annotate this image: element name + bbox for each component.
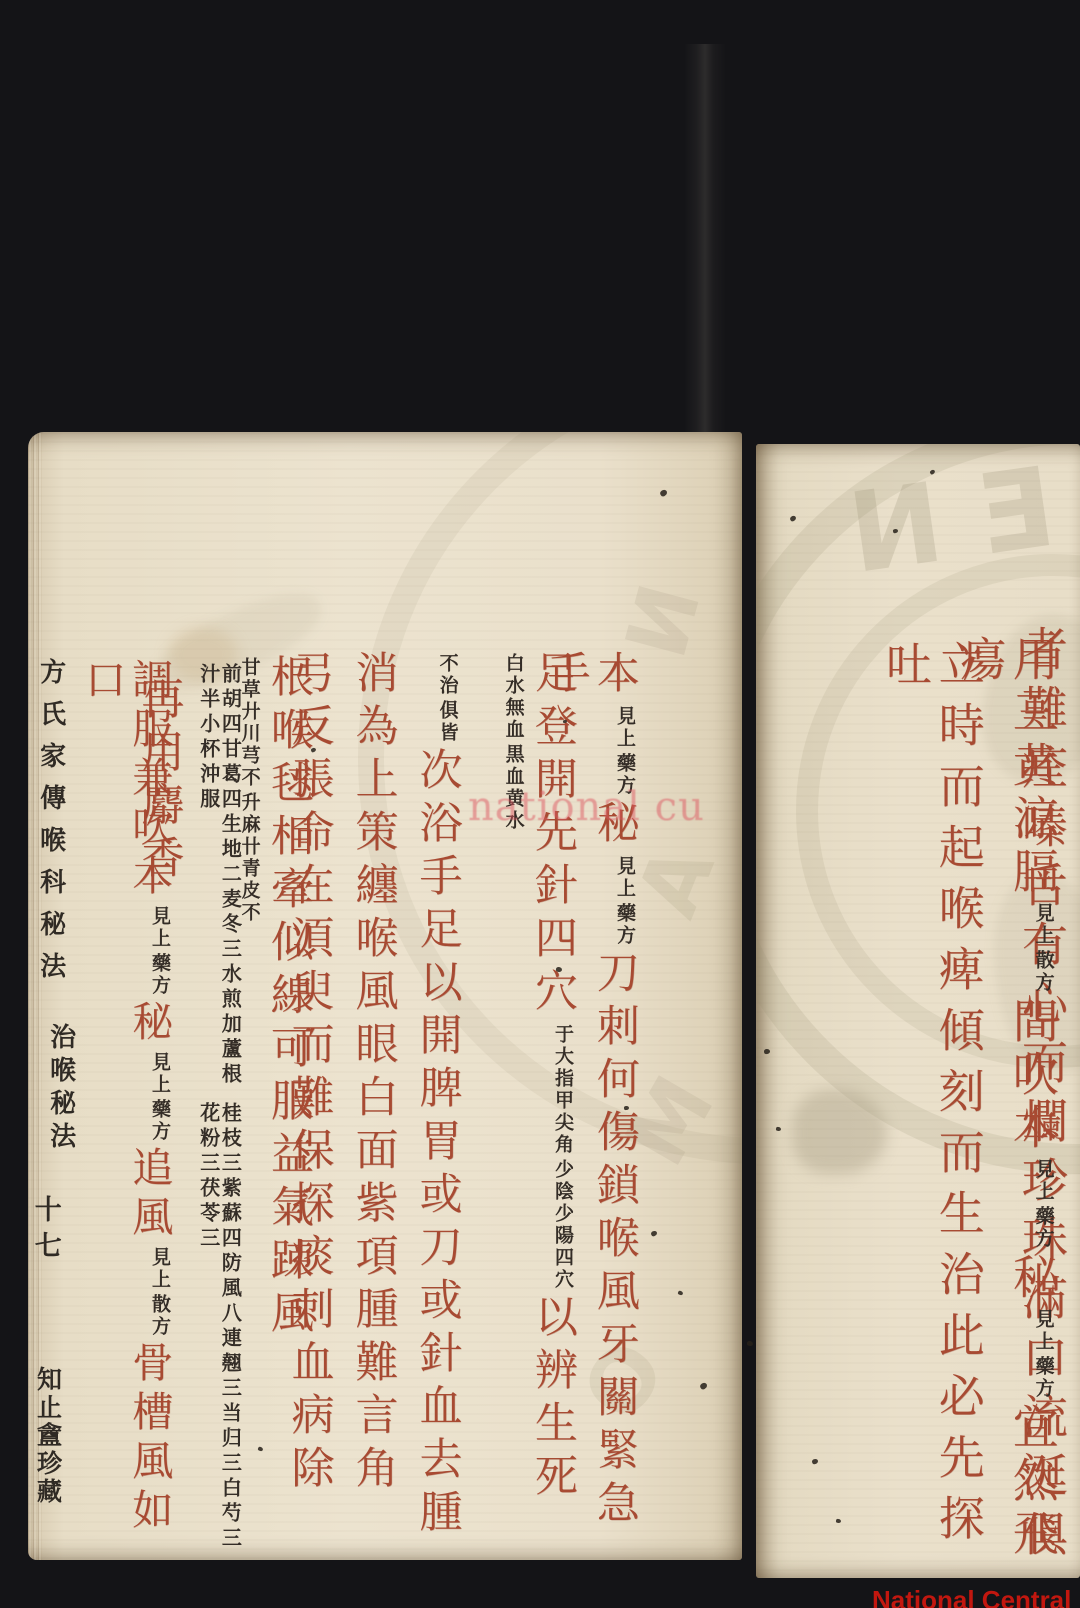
- annotation-note: 藥方見上: [148, 1052, 169, 1143]
- annotation-note: 藥方見上: [613, 856, 634, 947]
- book-title: 方氏家傳喉科秘法: [36, 658, 65, 994]
- annotation-note: 藥方見上: [613, 706, 634, 797]
- left-page: N A M O 本藥方見上秘藥方見上刀刺何傷鎖喉風牙關緊急手足登開先針四穴少陰少…: [28, 432, 742, 1560]
- annotation-note: 藥方見上: [1032, 1309, 1053, 1400]
- manuscript-photo: N A M O 本藥方見上秘藥方見上刀刺何傷鎖喉風牙關緊急手足登開先針四穴少陰少…: [0, 0, 1080, 1608]
- text-column: 足登開先針四穴少陰少陽四穴于大指甲尖角以辨生死黒血黄水白水無血: [478, 650, 577, 1560]
- annotation-note: 桂枝三紫蘇四防風八連翹三当归三白芍三花粉三茯苓三前胡四甘葛四生地二麦冬三水煎加蘆…: [196, 663, 239, 1557]
- stamp-letters: GEN: [804, 444, 1080, 603]
- text-column: 立時而起喉痺傾刻而生治此必先探吐: [878, 640, 984, 1578]
- dust-speck: [556, 967, 563, 972]
- annotation-note: 藥方見上: [148, 906, 169, 997]
- annotation-note: 少陰少陽四穴于大指甲尖角: [551, 1024, 572, 1291]
- folio-number: 十七: [30, 1195, 60, 1267]
- library-footer-label: National Central Lib: [872, 1585, 1080, 1608]
- annotation-note: 散方見上: [148, 1247, 169, 1338]
- section-title: 治喉秘法: [46, 1023, 75, 1155]
- paper-stain: [792, 1089, 887, 1174]
- text-column: 消為上策纏喉風眼白面紫項腫難言角: [348, 650, 397, 1498]
- text-column: 調服兼吹本藥方見上秘藥方見上追風散方見上骨槽風如口: [78, 658, 172, 1560]
- collector-seal: 知止盦珍藏: [33, 1366, 61, 1506]
- annotation-note: 黒血黄水白水無血: [502, 653, 523, 832]
- text-column: 俱皆不治次浴手足以開脾胃或刀或針血去腫: [412, 650, 461, 1542]
- annotation-note: 升麻卄青皮不甘草廾川芎不: [238, 657, 259, 924]
- annotation-note: 俱皆不治: [436, 653, 457, 744]
- book-spine: [684, 44, 726, 436]
- right-page: GEN 者難痊嗪舌有心而爛珍珠滿口流涎俱用三黄涼膈散方見上間吹本藥方見上秘藥方見…: [756, 444, 1080, 1578]
- annotation-note: 藥方見上: [1032, 1159, 1053, 1250]
- dust-speck: [747, 1340, 754, 1346]
- annotation-note: 散方見上: [1032, 903, 1053, 994]
